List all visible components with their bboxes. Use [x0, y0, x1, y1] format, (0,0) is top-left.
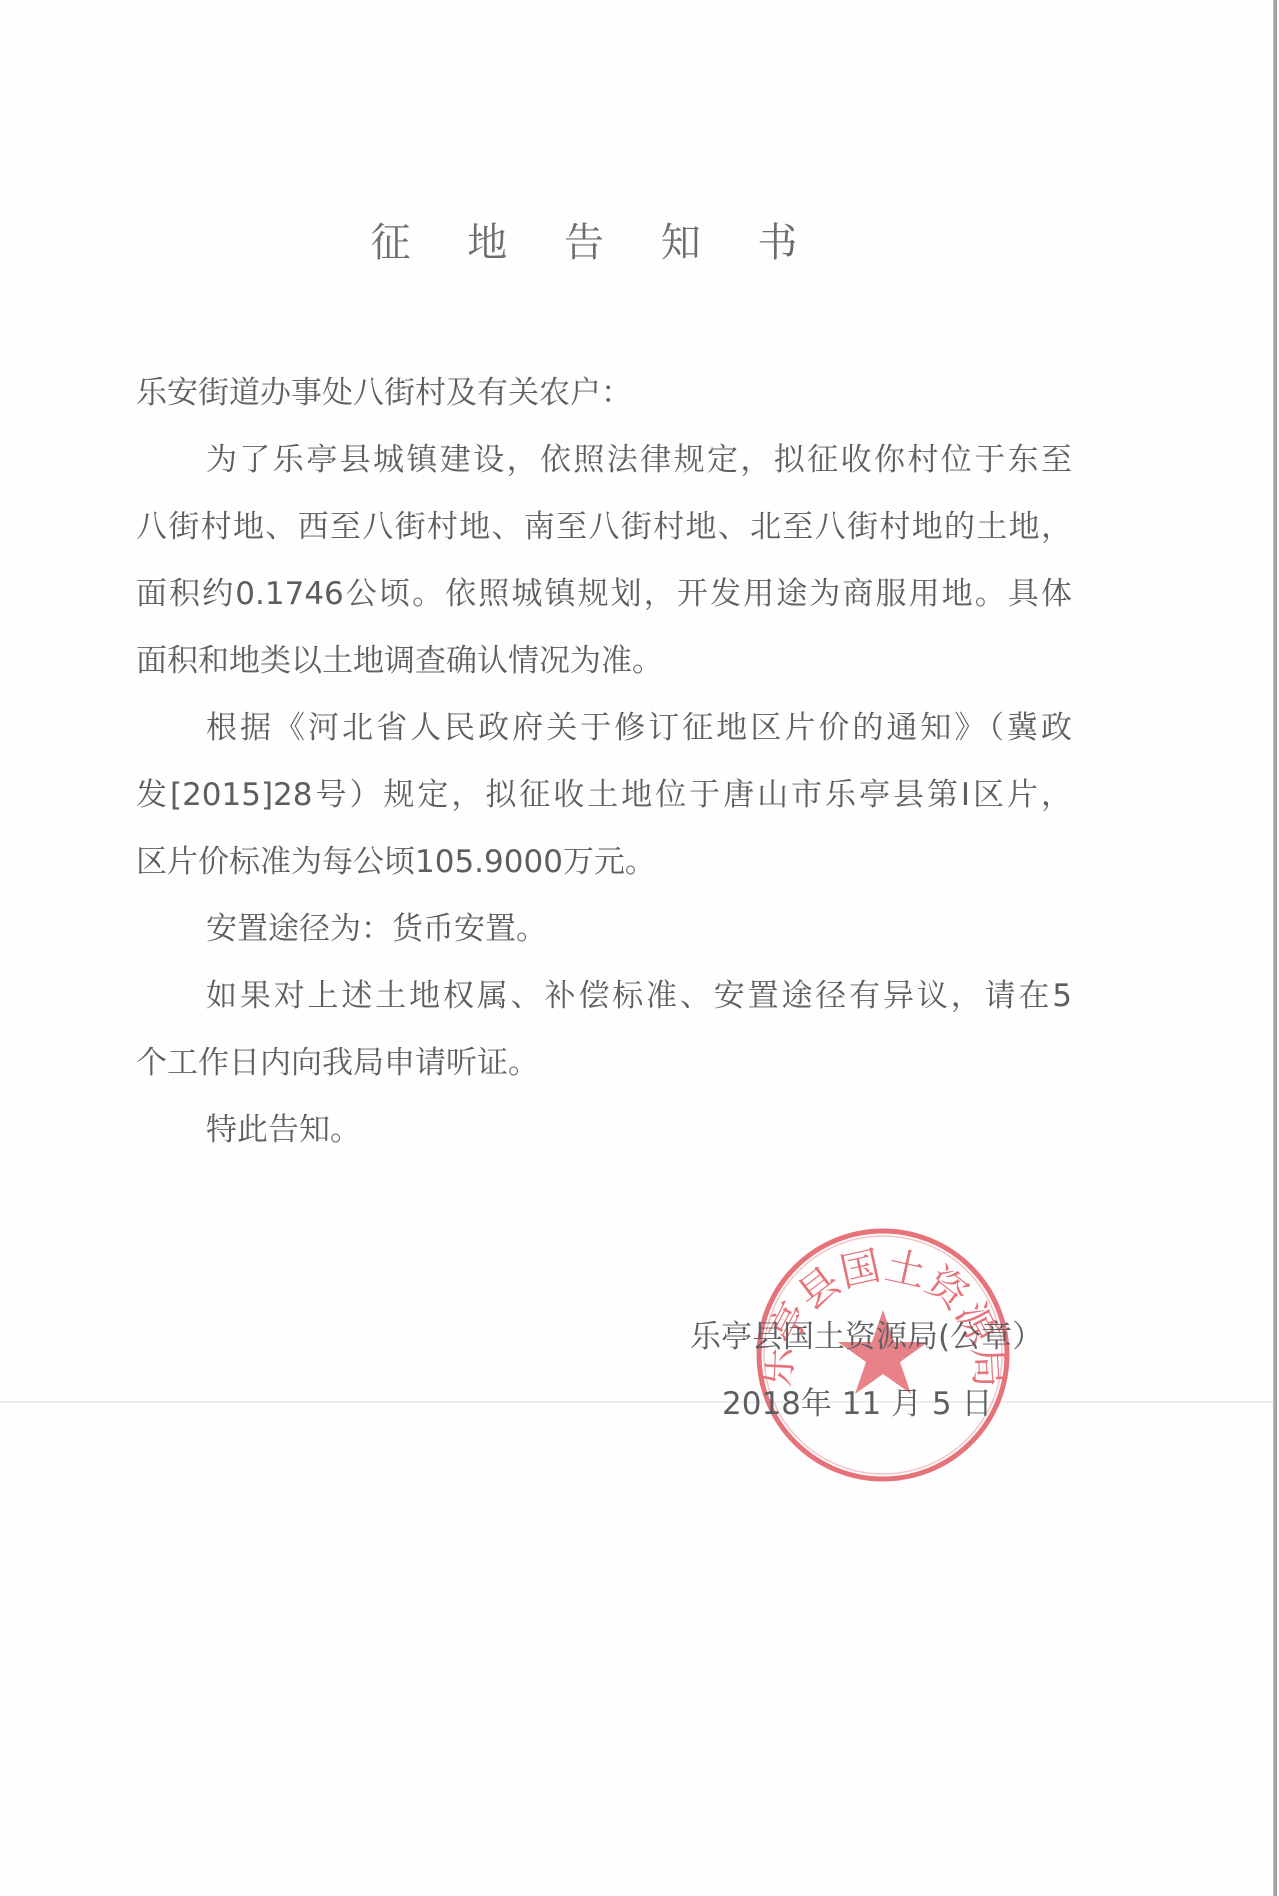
paragraph-line: 如果对上述土地权属、补偿标准、安置途径有异议，请在5: [136, 963, 1072, 1030]
paragraph-line: 为了乐亭县城镇建设，依照法律规定，拟征收你村位于东至: [136, 427, 1072, 494]
scan-edge-shadow: [1273, 0, 1277, 1896]
paragraph-price-standard: 根据《河北省人民政府关于修订征地区片价的通知》（冀政 发[2015]28号）规定…: [136, 695, 1072, 896]
paragraph-closing: 特此告知。: [136, 1097, 1072, 1164]
paragraph-line: 个工作日内向我局申请听证。: [136, 1030, 1072, 1097]
scanned-document-page: 征 地 告 知 书 乐安街道办事处八街村及有关农户： 为了乐亭县城镇建设，依照法…: [0, 0, 1279, 1896]
paragraph-line: 面积和地类以土地调查确认情况为准。: [136, 628, 1072, 695]
paragraph-line: 根据《河北省人民政府关于修订征地区片价的通知》（冀政: [136, 695, 1072, 762]
paragraph-resettlement: 安置途径为：货币安置。: [136, 896, 1072, 963]
paragraph-line: 安置途径为：货币安置。: [136, 896, 1072, 963]
paragraph-line: 特此告知。: [136, 1097, 1072, 1164]
issue-date: 2018年 11 月 5 日: [690, 1371, 1043, 1438]
document-title: 征 地 告 知 书: [0, 218, 1190, 268]
paragraph-hearing: 如果对上述土地权属、补偿标准、安置途径有异议，请在5 个工作日内向我局申请听证。: [136, 963, 1072, 1097]
paragraph-line: 面积约0.1746公顷。依照城镇规划，开发用途为商服用地。具体: [136, 561, 1072, 628]
paper-fold-line: [0, 1401, 1273, 1403]
paragraph-land-scope: 为了乐亭县城镇建设，依照法律规定，拟征收你村位于东至 八街村地、西至八街村地、南…: [136, 427, 1072, 695]
document-body: 乐安街道办事处八街村及有关农户： 为了乐亭县城镇建设，依照法律规定，拟征收你村位…: [136, 360, 1072, 1164]
issuer-name: 乐亭县国土资源局(公章）: [690, 1304, 1043, 1371]
paragraph-line: 发[2015]28号）规定，拟征收土地位于唐山市乐亭县第I区片，: [136, 762, 1072, 829]
salutation: 乐安街道办事处八街村及有关农户：: [136, 360, 1072, 427]
paragraph-line: 八街村地、西至八街村地、南至八街村地、北至八街村地的土地，: [136, 494, 1072, 561]
paragraph-line: 区片价标准为每公顷105.9000万元。: [136, 829, 1072, 896]
signature-block: 乐亭县国土资源局(公章） 2018年 11 月 5 日: [690, 1304, 1043, 1438]
